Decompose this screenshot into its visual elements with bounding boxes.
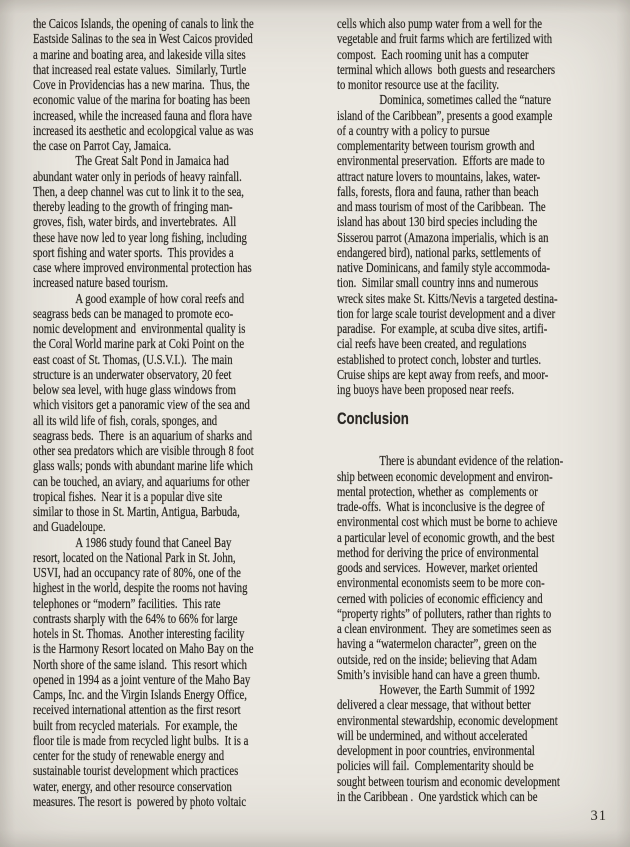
scanned-page: the Caicos Islands, the opening of canal…: [0, 0, 630, 847]
text-line: Cruise ships are kept away from reefs, a…: [337, 367, 609, 382]
text-line: and Guadeloupe.: [33, 519, 305, 534]
text-line: the Coral World marine park at Coki Poin…: [33, 336, 305, 351]
text-line: a particular level of economic growth, a…: [337, 530, 609, 545]
text-line: complementarity between tourism growth a…: [337, 138, 609, 153]
text-line: There is abundant evidence of the relati…: [337, 453, 609, 468]
text-line: of a country with a policy to pursue: [337, 123, 609, 138]
text-line: environmental cost which must be borne t…: [337, 514, 609, 529]
right-text-column: cells which also pump water from a well …: [337, 16, 609, 804]
text-line: mental protection, whether as complement…: [337, 484, 609, 499]
paragraph: cells which also pump water from a well …: [337, 16, 609, 92]
text-line: nomic development and environmental qual…: [33, 321, 305, 336]
text-line: outside, red on the inside; believing th…: [337, 652, 609, 667]
text-line: paradise. For example, at scuba dive sit…: [337, 321, 609, 336]
text-line: will be undermined, and without accelera…: [337, 728, 609, 743]
text-line: the case on Parrot Cay, Jamaica.: [33, 138, 305, 153]
text-line: cells which also pump water from a well …: [337, 16, 609, 31]
text-line: having a “watermelon character”, green o…: [337, 636, 609, 651]
text-line: established to protect conch, lobster an…: [337, 352, 609, 367]
text-line: glass walls; ponds with abundant marine …: [33, 458, 305, 473]
text-line: A good example of how coral reefs and: [33, 291, 305, 306]
text-line: that increased real estate values. Simil…: [33, 62, 305, 77]
text-line: opened in 1994 as a joint venture of the…: [33, 672, 305, 687]
text-line: water, energy, and other resource conser…: [33, 779, 305, 794]
text-line: built from recycled materials. For examp…: [33, 718, 305, 733]
text-line: telephones or “modern” facilities. This …: [33, 596, 305, 611]
text-line: attract nature lovers to mountains, lake…: [337, 169, 609, 184]
left-text-column: the Caicos Islands, the opening of canal…: [33, 16, 305, 809]
text-line: east coast of St. Thomas, (U.S.V.I.). Th…: [33, 352, 305, 367]
text-line: floor tile is made from recycled light b…: [33, 733, 305, 748]
text-line: center for the study of renewable energy…: [33, 748, 305, 763]
text-line: development in poor countries, environme…: [337, 743, 609, 758]
text-line: other sea predators which are visible th…: [33, 443, 305, 458]
text-line: below sea level, with huge glass windows…: [33, 382, 305, 397]
text-line: highest in the world, despite the rooms …: [33, 580, 305, 595]
paragraph: the Caicos Islands, the opening of canal…: [33, 16, 305, 153]
text-line: the Caicos Islands, the opening of canal…: [33, 16, 305, 31]
text-line: case where improved environmental protec…: [33, 260, 305, 275]
text-line: increased its aesthetic and ecolopgical …: [33, 123, 305, 138]
text-line: which visitors get a panoramic view of t…: [33, 397, 305, 412]
text-line: compost. Each rooming unit has a compute…: [337, 47, 609, 62]
text-line: ship between economic development and en…: [337, 469, 609, 484]
text-line: delivered a clear message, that without …: [337, 697, 609, 712]
text-line: Eastside Salinas to the sea in West Caic…: [33, 31, 305, 46]
text-line: sport fishing and water sports. This pro…: [33, 245, 305, 260]
text-line: Then, a deep channel was cut to link it …: [33, 184, 305, 199]
text-line: cerned with policies of economic efficie…: [337, 591, 609, 606]
page-number: 31: [591, 808, 608, 825]
text-line: these have now led to year long fishing,…: [33, 230, 305, 245]
text-line: is the Harmony Resort located on Maho Ba…: [33, 641, 305, 656]
text-line: falls, forests, flora and fauna, rather …: [337, 184, 609, 199]
text-line: measures. The resort is powered by photo…: [33, 794, 305, 809]
paragraph: Dominica, sometimes called the “natureis…: [337, 92, 609, 397]
text-line: structure is an underwater observatory, …: [33, 367, 305, 382]
text-line: environmental preservation. Efforts are …: [337, 153, 609, 168]
text-line: a clean environment. They are sometimes …: [337, 621, 609, 636]
text-line: USVI, had an occupancy rate of 80%, one …: [33, 565, 305, 580]
text-line: can be touched, an aviary, and aquariums…: [33, 474, 305, 489]
text-line: seagrass beds. There is an aquarium of s…: [33, 428, 305, 443]
text-line: thereby leading to the growth of fringin…: [33, 199, 305, 214]
text-line: Sisserou parrot (Amazona imperialis, whi…: [337, 230, 609, 245]
text-line: increased nature based tourism.: [33, 275, 305, 290]
text-line: groves, fish, water birds, and invertebr…: [33, 214, 305, 229]
paragraph: However, the Earth Summit of 1992deliver…: [337, 682, 609, 804]
text-line: similar to those in St. Martin, Antigua,…: [33, 504, 305, 519]
text-line: The Great Salt Pond in Jamaica had: [33, 153, 305, 168]
text-line: A 1986 study found that Caneel Bay: [33, 535, 305, 550]
text-line: wreck sites make St. Kitts/Nevis a targe…: [337, 291, 609, 306]
text-line: sustainable tourist development which pr…: [33, 763, 305, 778]
text-line: goods and services. However, market orie…: [337, 560, 609, 575]
text-line: to monitor resource use at the facility.: [337, 77, 609, 92]
text-line: endangered bird), national parks, settle…: [337, 245, 609, 260]
text-line: cial reefs have been created, and regula…: [337, 336, 609, 351]
text-line: native Dominicans, and family style acco…: [337, 260, 609, 275]
text-line: However, the Earth Summit of 1992: [337, 682, 609, 697]
text-line: increased, while the increased fauna and…: [33, 108, 305, 123]
text-line: tion. Similar small country inns and num…: [337, 275, 609, 290]
text-line: ing buoys have been proposed near reefs.: [337, 382, 609, 397]
text-line: North shore of the same island. This res…: [33, 657, 305, 672]
text-line: Dominica, sometimes called the “nature: [337, 92, 609, 107]
paragraph: A 1986 study found that Caneel Bayresort…: [33, 535, 305, 810]
text-line: sought between tourism and economic deve…: [337, 774, 609, 789]
text-line: all its wild life of fish, corals, spong…: [33, 413, 305, 428]
text-line: island has about 130 bird species includ…: [337, 214, 609, 229]
paragraph: The Great Salt Pond in Jamaica hadabunda…: [33, 153, 305, 290]
text-line: a marine and boating area, and lakeside …: [33, 47, 305, 62]
paragraph: A good example of how coral reefs andsea…: [33, 291, 305, 535]
text-line: seagrass beds can be managed to promote …: [33, 306, 305, 321]
text-line: abundant water only in periods of heavy …: [33, 169, 305, 184]
text-line: Cove in Providencias has a new marina. T…: [33, 77, 305, 92]
text-line: method for deriving the price of environ…: [337, 545, 609, 560]
text-line: Smith’s invisible hand can have a green …: [337, 667, 609, 682]
text-line: contrasts sharply with the 64% to 66% fo…: [33, 611, 305, 626]
text-line: terminal which allows both guests and re…: [337, 62, 609, 77]
text-line: environmental economists seem to be more…: [337, 575, 609, 590]
text-line: “property rights” of polluters, rather t…: [337, 606, 609, 621]
text-line: environmental stewardship, economic deve…: [337, 713, 609, 728]
text-line: hotels in St. Thomas. Another interestin…: [33, 626, 305, 641]
text-line: tropical fishes. Near it is a popular di…: [33, 489, 305, 504]
section-heading-conclusion: Conclusion: [337, 409, 609, 429]
text-line: island of the Caribbean”, presents a goo…: [337, 108, 609, 123]
text-line: tion for large scale tourist development…: [337, 306, 609, 321]
text-line: received international attention as the …: [33, 702, 305, 717]
text-line: policies will fail. Complementarity shou…: [337, 758, 609, 773]
paragraph: There is abundant evidence of the relati…: [337, 453, 609, 682]
text-line: economic value of the marina for boating…: [33, 92, 305, 107]
text-line: vegetable and fruit farms which are fert…: [337, 31, 609, 46]
text-line: trade-offs. What is inconclusive is the …: [337, 499, 609, 514]
text-line: Camps, Inc. and the Virgin Islands Energ…: [33, 687, 305, 702]
text-line: resort, located on the National Park in …: [33, 550, 305, 565]
text-line: in the Caribbean . One yardstick which c…: [337, 789, 609, 804]
text-line: and mass tourism of most of the Caribbea…: [337, 199, 609, 214]
